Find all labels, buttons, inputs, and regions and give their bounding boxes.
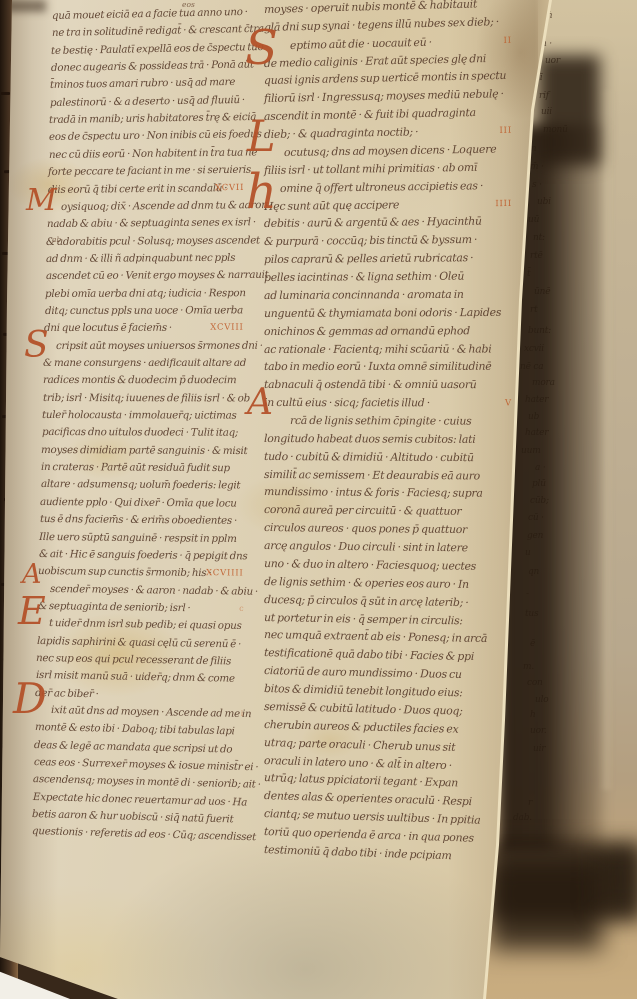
text-line: tus ē dns faciem̄s · & erim̄s oboediente… xyxy=(40,514,240,526)
line-text: eptimo aūt die · uocauit eū · xyxy=(290,35,432,51)
chapter-number: III xyxy=(499,127,512,136)
line-text: cripsit aūt moyses uniuersos s̄rmones dn… xyxy=(56,339,263,351)
line-text: nec cū diis eorū · Non habitent in t̄ra … xyxy=(49,146,257,161)
chapter-initial: E xyxy=(18,592,46,630)
line-text: diis eorū q̄ tibi certe erit in scandalū… xyxy=(48,182,227,196)
line-text: omine q̄ offert ultroneus accipietis eas… xyxy=(280,179,483,195)
cast-shadow-bottom xyxy=(598,848,637,910)
text-line: ascendensq; moyses in montē di · seniori… xyxy=(33,774,240,789)
line-text: t uider̄ dnm isrl sub pedib; ei quasi op… xyxy=(49,617,242,632)
chapter-initial: h xyxy=(246,168,277,216)
line-text: testimoniū q̄ dabo tibi · inde pcipiam xyxy=(264,843,452,862)
text-line: ceas eos · Surrexer̄ moyses & iosue mini… xyxy=(34,757,240,772)
text-line: oysiquoq; dix̄ · Ascende ad dnm tu & aar… xyxy=(61,200,240,212)
chapter-initial: S xyxy=(24,328,49,364)
text-line: ad dnm · & illi ñ adpinquabunt nec ppls xyxy=(46,253,240,265)
chapter-initial: A xyxy=(247,385,273,421)
line-text: coronā aureā per circuitū · & quattuor xyxy=(264,503,462,518)
text-line: plebi omīa uerba dni atq; iudicia · Resp… xyxy=(45,288,240,299)
text-line: nadab & abiu · & septuaginta senes ex is… xyxy=(47,218,240,230)
text-line: questionis · referetis ad eos · Cūq; asc… xyxy=(32,826,240,842)
line-text: & mane consurgens · aedificauit altare a… xyxy=(43,357,246,369)
line-text: tuler̄ holocausta · immolauer̄q; uictima… xyxy=(42,409,237,422)
line-text: quā mouet eiciā ea a facie tua anno uno … xyxy=(52,6,248,22)
text-line: coronā aureā per circuitū · & quattuor xyxy=(264,505,508,518)
text-line: tuler̄ holocausta · immolauer̄q; uictima… xyxy=(42,410,240,421)
text-line: uno · & duo in altero · Faciesquoq; uect… xyxy=(264,559,508,573)
text-line: radices montis & duodecim p̄ duodecim xyxy=(43,375,240,385)
text-line: unguentū & thymiamata boni odoris · Lapi… xyxy=(264,308,508,320)
line-text: uno · & duo in altero · Faciesquoq; uect… xyxy=(264,557,476,573)
text-line: palestinorū · & a deserto · usq̄ ad fluu… xyxy=(50,95,240,108)
line-text: Hęc sunt aūt quę accipere xyxy=(264,198,399,213)
line-text: t̄minos tuos amari rubro · usq̄ ad mare xyxy=(50,76,235,91)
line-text: scender̄ moyses · & aaron · nadab · & ab… xyxy=(50,583,258,598)
gloss-note: ab xyxy=(52,236,61,244)
text-line: & septuaginta de seniorib; isrl ·c xyxy=(37,601,240,614)
text-line: diis eorū q̄ tibi certe erit in scandalū… xyxy=(48,182,240,194)
line-text: ascendit in montē · & fuit ibi quadragin… xyxy=(264,106,476,123)
manuscript-photo: m̄n ·uoruīrifuiimonūmm̄ ·s ·ubiuūnt:rtēt… xyxy=(0,0,637,999)
text-line: onichinos & gemmas ad ornandū ephod xyxy=(264,326,508,338)
text-line: t uider̄ dnm isrl sub pedib; ei quasi op… xyxy=(49,618,240,631)
line-text: tudo · cubitū & dimidiū · Altitudo · cub… xyxy=(264,450,474,464)
line-text: te bestię · Paulatī expellā eos de c̄spe… xyxy=(51,41,269,57)
text-line: in cultū eius · sicq; facietis illud ·V xyxy=(264,398,508,409)
line-text: ad luminaria concinnanda · aromata in xyxy=(264,288,464,302)
chapter-initial: D xyxy=(13,678,47,720)
text-line: trib; isrl · Misitq; iuuenes de filiis i… xyxy=(43,393,240,404)
text-line: pacificas dno uitulos duodeci · Tulit it… xyxy=(42,427,240,438)
text-line: pilos caprarū & pelles arietū rubricatas… xyxy=(264,253,508,266)
text-line: nec sup eos qui pcul recesserant de fili… xyxy=(36,653,240,667)
line-text: toriū quo operienda ē arca · in qua pone… xyxy=(264,825,474,845)
text-line: eos de c̄spectu uro · Non inibis cū eis … xyxy=(49,130,240,143)
text-line: der̄ ac biber̄ · xyxy=(35,688,240,702)
line-text: betis aaron & hur uobiscū · siq̄ natū fu… xyxy=(32,808,234,825)
line-text: ne tra in solitudinē redigat̄ · & cresca… xyxy=(51,23,263,39)
line-text: & septuaginta de seniorib; isrl · xyxy=(37,600,190,614)
line-text: & adorabitis pcul · Solusq; moyses ascen… xyxy=(46,234,260,248)
line-text: utraq; parte oraculi · Cherub unus sit xyxy=(264,736,456,754)
line-text: utrūq; latus ppiciatorii tegant · Expan xyxy=(264,771,458,789)
line-text: semissē & cubitū latitudo · Duos quoq; xyxy=(264,700,463,718)
text-line: audiente pplo · Qui dixer̄ · Omīa que lo… xyxy=(40,497,240,509)
line-text: eos de c̄spectu uro · Non inibis cū eis … xyxy=(49,128,267,143)
text-line: Ille uero sūptū sanguinē · respsit in pp… xyxy=(39,532,240,544)
line-text: testificationē quā dabo tibi · Facies & … xyxy=(264,646,474,663)
text-line: mundissimo · intus & foris · Faciesq; su… xyxy=(264,487,508,500)
line-text: uobiscum sup cunctis s̄rmonib; his · xyxy=(38,565,212,579)
line-text: pilos caprarū & pelles arietū rubricatas… xyxy=(264,251,473,266)
line-text: plebi omīa uerba dni atq; iudicia · Resp… xyxy=(45,287,246,300)
text-line: moyses dimidiam partē sanguinis · & misi… xyxy=(41,445,240,456)
line-text: onichinos & gemmas ad ornandū ephod xyxy=(264,324,470,338)
text-line: uobiscum sup cunctis s̄rmonib; his ·XCVI… xyxy=(38,566,240,579)
line-text: rcā de lignis sethim c̄pingite · cuius xyxy=(290,414,472,428)
line-text: Ille uero sūptū sanguinē · respsit in pp… xyxy=(39,531,237,545)
line-text: audiente pplo · Qui dixer̄ · Omīa que lo… xyxy=(40,496,237,510)
text-line: de lignis sethim · & operies eos auro · … xyxy=(264,577,508,591)
line-text: altare · adsumensq; uolum̄ foederis: leg… xyxy=(40,478,239,491)
chapter-initial: A xyxy=(22,561,42,588)
text-line: t̄minos tuos amari rubro · usq̄ ad mare xyxy=(50,77,240,90)
line-text: similit̄ ac semissem · Et deaurabis eā a… xyxy=(264,468,480,482)
line-text: ciatoriū de auro mundissimo · Duos cu xyxy=(264,664,462,681)
text-line: ac rationale · Facientq; mihi scūariū · … xyxy=(264,344,508,355)
chapter-number: II xyxy=(504,36,513,45)
line-text: arcę angulos · Duo circuli · sint in lat… xyxy=(264,539,468,554)
text-line: ixit aūt dns ad moysen · Ascende ad me i… xyxy=(51,705,240,719)
chapter-number: IIII xyxy=(495,200,512,209)
cast-shadow-bottom xyxy=(490,862,602,950)
line-text: oraculi in latero uno · & alt̄ in altero… xyxy=(264,754,452,772)
text-line: scender̄ moyses · & aaron · nadab · & ab… xyxy=(50,584,240,597)
line-text: ceas eos · Surrexer̄ moyses & iosue mini… xyxy=(34,756,259,773)
text-line: ditq; cunctus ppls una uoce · Omīa uerba xyxy=(45,305,240,316)
text-line: montē & esto ibi · Daboq; tibi tabulas l… xyxy=(34,722,240,737)
text-line: nec cū diis eorū · Non habitent in t̄ra … xyxy=(49,147,241,160)
text-line: Expectate hic donec reuertamur ad uos · … xyxy=(33,792,240,808)
text-line: testificationē quā dabo tibi · Facies & … xyxy=(264,648,508,664)
text-line: tabnaculi q̄ ostendā tibi · & omniū uaso… xyxy=(264,380,508,391)
line-text: tabnaculi q̄ ostendā tibi · & omniū uaso… xyxy=(264,378,477,391)
text-line: deas & legē ac mandata que scripsi ut do xyxy=(34,740,240,755)
line-text: donec augearis & possideas trā · Ponā aū… xyxy=(51,58,254,74)
line-text: montē & esto ibi · Daboq; tibi tabulas l… xyxy=(34,721,234,737)
line-text: nadab & abiu · & septuaginta senes ex is… xyxy=(47,216,256,230)
line-text: Expectate hic donec reuertamur ad uos · … xyxy=(33,791,247,809)
text-line: & mane consurgens · aedificauit altare a… xyxy=(43,358,240,368)
text-line: longitudo habeat duos semis cubitos: lat… xyxy=(264,434,508,446)
gloss-note: eos xyxy=(182,1,195,9)
chapter-initial: M xyxy=(26,186,57,216)
line-text: tus ē dns faciem̄s · & erim̄s oboediente… xyxy=(40,513,237,527)
text-line: cripsit aūt moyses uniuersos s̄rmones dn… xyxy=(56,340,240,351)
line-text: moyses · operuit nubis montē & habitauit xyxy=(264,0,477,16)
line-text: dentes alas & operientes oraculū · Respi xyxy=(264,789,472,808)
line-text: moyses dimidiam partē sanguinis · & misi… xyxy=(41,444,247,457)
text-line: & ait · Hic ē sanguis foederis · q̄ pepi… xyxy=(39,549,240,562)
line-text: bitos & dimidiū tenebit longitudo eius: xyxy=(264,682,463,699)
line-text: in cultū eius · sicq; facietis illud · xyxy=(264,396,430,409)
text-line: similit̄ ac semissem · Et deaurabis eā a… xyxy=(264,470,508,483)
line-text: ixit aūt dns ad moysen · Ascende ad me i… xyxy=(51,704,252,720)
line-text: circulos aureos · quos pones p̄ quattuor xyxy=(264,521,467,536)
line-text: & purpurā · coccūq; bis tinctū & byssum … xyxy=(264,233,477,248)
line-text: tradā in manib; uris habitatores t̄rę & … xyxy=(49,111,256,126)
chapter-initial: S xyxy=(245,24,278,72)
line-text: ascendensq; moyses in montē di · seniori… xyxy=(33,773,261,791)
line-text: nec umquā extraent̄ ab eis · Ponesq; in … xyxy=(264,628,487,645)
cast-shadow-top xyxy=(538,55,600,165)
line-text: isrl misit manū suā · uider̄q; dnm & com… xyxy=(36,669,235,685)
line-text: nec sup eos qui pcul recesserant de fili… xyxy=(36,652,231,667)
line-text: pacificas dno uitulos duodeci · Tulit it… xyxy=(42,426,238,439)
line-text: dni que locutus ē faciem̄s · xyxy=(44,322,172,334)
line-text: ducesq; p̄ circulos q̄ sūt in arcę later… xyxy=(264,593,469,609)
line-text: pelles iacintinas · & ligna sethim · Ole… xyxy=(264,270,464,284)
line-text: ad dnm · & illi ñ adpinquabunt nec ppls xyxy=(46,252,235,265)
chapter-number: V xyxy=(505,400,512,409)
text-line: tradā in manib; uris habitatores t̄rę & … xyxy=(49,112,240,125)
chapter-number: i xyxy=(241,710,245,718)
text-line: donec augearis & possideas trā · Ponā aū… xyxy=(51,60,240,74)
text-line: ad luminaria concinnanda · aromata in xyxy=(264,289,508,301)
line-text: tabo in medio eorū · Iuxta omnē similitu… xyxy=(264,360,491,373)
text-line: nec umquā extraent̄ ab eis · Ponesq; in … xyxy=(264,630,508,645)
line-text: cherubin aureos & pductiles facies ex xyxy=(264,718,459,736)
text-line: & adorabitis pcul · Solusq; moyses ascen… xyxy=(46,235,240,247)
chapter-number: XCVII xyxy=(215,183,244,192)
line-text: unguentū & thymiamata boni odoris · Lapi… xyxy=(264,306,501,320)
line-text: in crateras · Partē aūt residuā fudit su… xyxy=(41,461,230,474)
text-line: forte peccare te faciant in me · si seru… xyxy=(48,165,240,178)
chapter-number: c xyxy=(239,605,244,613)
chapter-initial: L xyxy=(247,116,276,159)
line-text: ascendet cū eo · Venit ergo moyses & nar… xyxy=(46,269,269,282)
text-line: pelles iacintinas · & ligna sethim · Ole… xyxy=(264,271,508,284)
text-line: dni que locutus ē faciem̄s ·XCVIII xyxy=(44,323,240,334)
sewing-mark xyxy=(1,92,10,95)
text-line: arcę angulos · Duo circuli · sint in lat… xyxy=(264,541,508,555)
chapter-number: XCVIIII xyxy=(206,569,244,578)
line-text: ut portetur in eis · q̄ semper in circul… xyxy=(264,611,463,627)
text-line: quā mouet eiciā ea a facie tua anno uno … xyxy=(52,7,240,21)
line-text: filiis isrl · ut tollant mihi primitias … xyxy=(264,161,477,177)
line-text: dieb; · & quadraginta noctib; · xyxy=(264,125,419,141)
text-line: altare · adsumensq; uolum̄ foederis: leg… xyxy=(40,479,240,491)
line-text: & ait · Hic ē sanguis foederis · q̄ pepi… xyxy=(39,548,248,562)
line-text: deas & legē ac mandata que scripsi ut do xyxy=(34,739,233,756)
chapter-number: XCVIII xyxy=(211,324,244,333)
text-line: ne tra in solitudinē redigat̄ · & cresca… xyxy=(51,25,240,39)
text-line: betis aaron & hur uobiscū · siq̄ natū fu… xyxy=(32,809,240,825)
text-line: te bestię · Paulatī expellā eos de c̄spe… xyxy=(51,42,240,56)
text-line: tudo · cubitū & dimidiū · Altitudo · cub… xyxy=(264,452,508,464)
line-text: longitudo habeat duos semis cubitos: lat… xyxy=(264,432,476,446)
line-text: de lignis sethim · & operies eos auro · … xyxy=(264,575,469,591)
line-text: lapidis saphirini & quasi cęlū cū serenū… xyxy=(37,635,241,650)
line-text: trib; isrl · Misitq; iuuenes de filiis i… xyxy=(43,392,250,404)
text-line: in crateras · Partē aūt residuā fudit su… xyxy=(41,462,240,474)
line-text: ditq; cunctus ppls una uoce · Omīa uerba xyxy=(45,304,243,317)
line-text: palestinorū · & a deserto · usq̄ ad fluu… xyxy=(50,94,245,109)
line-text: questionis · referetis ad eos · Cūq; asc… xyxy=(32,825,256,843)
text-line: rcā de lignis sethim c̄pingite · cuius xyxy=(290,416,508,428)
line-text: forte peccare te faciant in me · si seru… xyxy=(48,164,251,178)
text-line: isrl misit manū suā · uider̄q; dnm & com… xyxy=(36,670,240,684)
text-line: lapidis saphirini & quasi cęlū cū serenū… xyxy=(37,636,240,650)
text-line: circulos aureos · quos pones p̄ quattuor xyxy=(264,523,508,536)
text-line: ascendet cū eo · Venit ergo moyses & nar… xyxy=(46,270,240,281)
line-text: ac rationale · Facientq; mihi scūariū · … xyxy=(264,342,492,355)
line-text: mundissimo · intus & foris · Faciesq; su… xyxy=(264,485,483,500)
line-text: oysiquoq; dix̄ · Ascende ad dnm tu & aar… xyxy=(61,199,273,213)
line-text: radices montis & duodecim p̄ duodecim xyxy=(43,374,236,386)
text-line: tabo in medio eorū · Iuxta omnē similitu… xyxy=(264,362,508,373)
